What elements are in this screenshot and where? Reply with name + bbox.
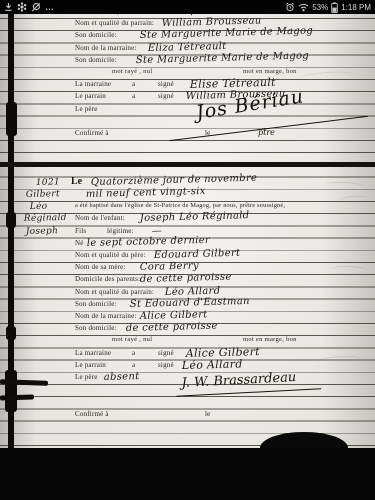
field-label: Nom et qualité du parrain: bbox=[75, 286, 154, 298]
row-godmother-domicile: Son domicile: Ste Marguerite Marie de Ma… bbox=[0, 55, 375, 67]
battery-percent: 53% bbox=[312, 3, 328, 12]
row-margin-note: mot rayé , nul mot en marge, bon bbox=[0, 67, 375, 79]
field-label: La marraine bbox=[75, 78, 111, 90]
field-label: a bbox=[132, 359, 135, 371]
field-label: Le père bbox=[75, 103, 98, 115]
download-icon bbox=[4, 2, 13, 12]
field-label: Son domicile: bbox=[75, 322, 117, 334]
handwritten-year: mil neuf cent vingt-six bbox=[86, 186, 206, 201]
phone-screen: … 53% 1:18 PM bbox=[0, 0, 375, 500]
row-godmother-signed: La marraine a signé Elise Tétreault bbox=[0, 79, 375, 91]
slash-circle-icon bbox=[31, 2, 41, 12]
handwritten-value: Joseph Léo Réginald bbox=[140, 210, 250, 225]
field-label: signé bbox=[158, 347, 174, 359]
field-label: Nom de sa mère: bbox=[75, 261, 126, 273]
row-godfather-domicile: Son domicile: Ste Marguerite Marie de Ma… bbox=[0, 30, 375, 42]
note-marge: mot en marge, bon bbox=[243, 334, 297, 346]
row-child-name: Réginald Nom de l'enfant: Joseph Léo Rég… bbox=[0, 213, 375, 225]
field-label: signé bbox=[158, 78, 174, 90]
entry-number: 1021 bbox=[36, 176, 60, 189]
margin-name: Joseph bbox=[26, 225, 59, 238]
clock-time: 1:18 PM bbox=[341, 3, 371, 12]
field-label: a bbox=[132, 78, 135, 90]
field-label: Né bbox=[75, 237, 84, 249]
row-godfather-signed: Le parrain a signé Léo Allard bbox=[0, 360, 375, 372]
field-label: La marraine bbox=[75, 347, 111, 359]
field-label: Nom de l'enfant: bbox=[75, 212, 125, 224]
margin-name: Léo bbox=[30, 201, 48, 213]
field-label: Nom de la marraine: bbox=[75, 42, 137, 54]
field-label: Nom et qualité du père: bbox=[75, 249, 146, 261]
field-label: a bbox=[132, 90, 135, 102]
wifi-icon bbox=[298, 2, 309, 12]
status-bar[interactable]: … 53% 1:18 PM bbox=[0, 0, 375, 14]
printed-baptism-line: a été baptisé dans l'église de St-Patric… bbox=[75, 200, 285, 212]
status-bar-right: 53% 1:18 PM bbox=[285, 2, 371, 13]
row-godfather-signed: Le parrain a signé William Brousseau bbox=[0, 91, 375, 103]
row-confirmed: Confirmé à le bbox=[0, 409, 375, 421]
field-label: légitime: bbox=[107, 225, 134, 237]
scan-background bbox=[0, 448, 375, 500]
field-label: le bbox=[205, 127, 210, 139]
handwritten-value: de cette paroisse bbox=[126, 321, 218, 335]
note-rayé: mot rayé , nul bbox=[112, 334, 152, 346]
field-label: le bbox=[205, 408, 210, 420]
field-label: Le parrain bbox=[75, 90, 106, 102]
field-label: Le parrain bbox=[75, 359, 106, 371]
field-label: Domicile des parents: bbox=[75, 273, 140, 285]
entry-divider bbox=[0, 162, 375, 167]
field-label: Son domicile: bbox=[75, 54, 117, 66]
ink-smudge bbox=[0, 394, 34, 400]
signature: Léo Allard bbox=[182, 358, 243, 372]
printed-le: Le bbox=[71, 176, 82, 188]
field-label: signé bbox=[158, 90, 174, 102]
row-margin-note: mot rayé , nul mot en marge, bon bbox=[0, 335, 375, 347]
field-label: Confirmé à bbox=[75, 408, 109, 420]
overflow-dots: … bbox=[45, 4, 55, 10]
field-label: Nom de la marraine: bbox=[75, 310, 137, 322]
margin-name: Réginald bbox=[24, 212, 67, 225]
field-label: Nom et qualité du parrain: bbox=[75, 17, 154, 29]
margin-name: Gilbert bbox=[26, 188, 60, 201]
battery-icon bbox=[331, 2, 338, 13]
note-rayé: mot rayé , nul bbox=[112, 66, 152, 78]
field-label: Son domicile: bbox=[75, 298, 117, 310]
flower-icon bbox=[17, 2, 27, 12]
row-parents-domicile: Domicile des parents: de cette paroisse bbox=[0, 274, 375, 286]
field-label: Le père bbox=[75, 371, 98, 383]
field-label: signé bbox=[158, 359, 174, 371]
row-godmother-domicile: Son domicile: de cette paroisse bbox=[0, 323, 375, 335]
scanned-register-page[interactable]: Domicile des parents: cette paroisse Nom… bbox=[0, 14, 375, 500]
handwritten-value: absent bbox=[104, 371, 140, 384]
row-confirmed: Confirmé à le bbox=[0, 128, 375, 140]
field-label: Fils bbox=[75, 225, 86, 237]
field-label: a bbox=[132, 347, 135, 359]
handwritten-value: de cette paroisse bbox=[140, 272, 232, 286]
status-bar-left: … bbox=[4, 2, 55, 12]
field-label: Son domicile: bbox=[75, 29, 117, 41]
alarm-icon bbox=[285, 2, 295, 12]
handwritten-value: le sept octobre dernier bbox=[87, 235, 210, 250]
field-label: Confirmé à bbox=[75, 127, 109, 139]
